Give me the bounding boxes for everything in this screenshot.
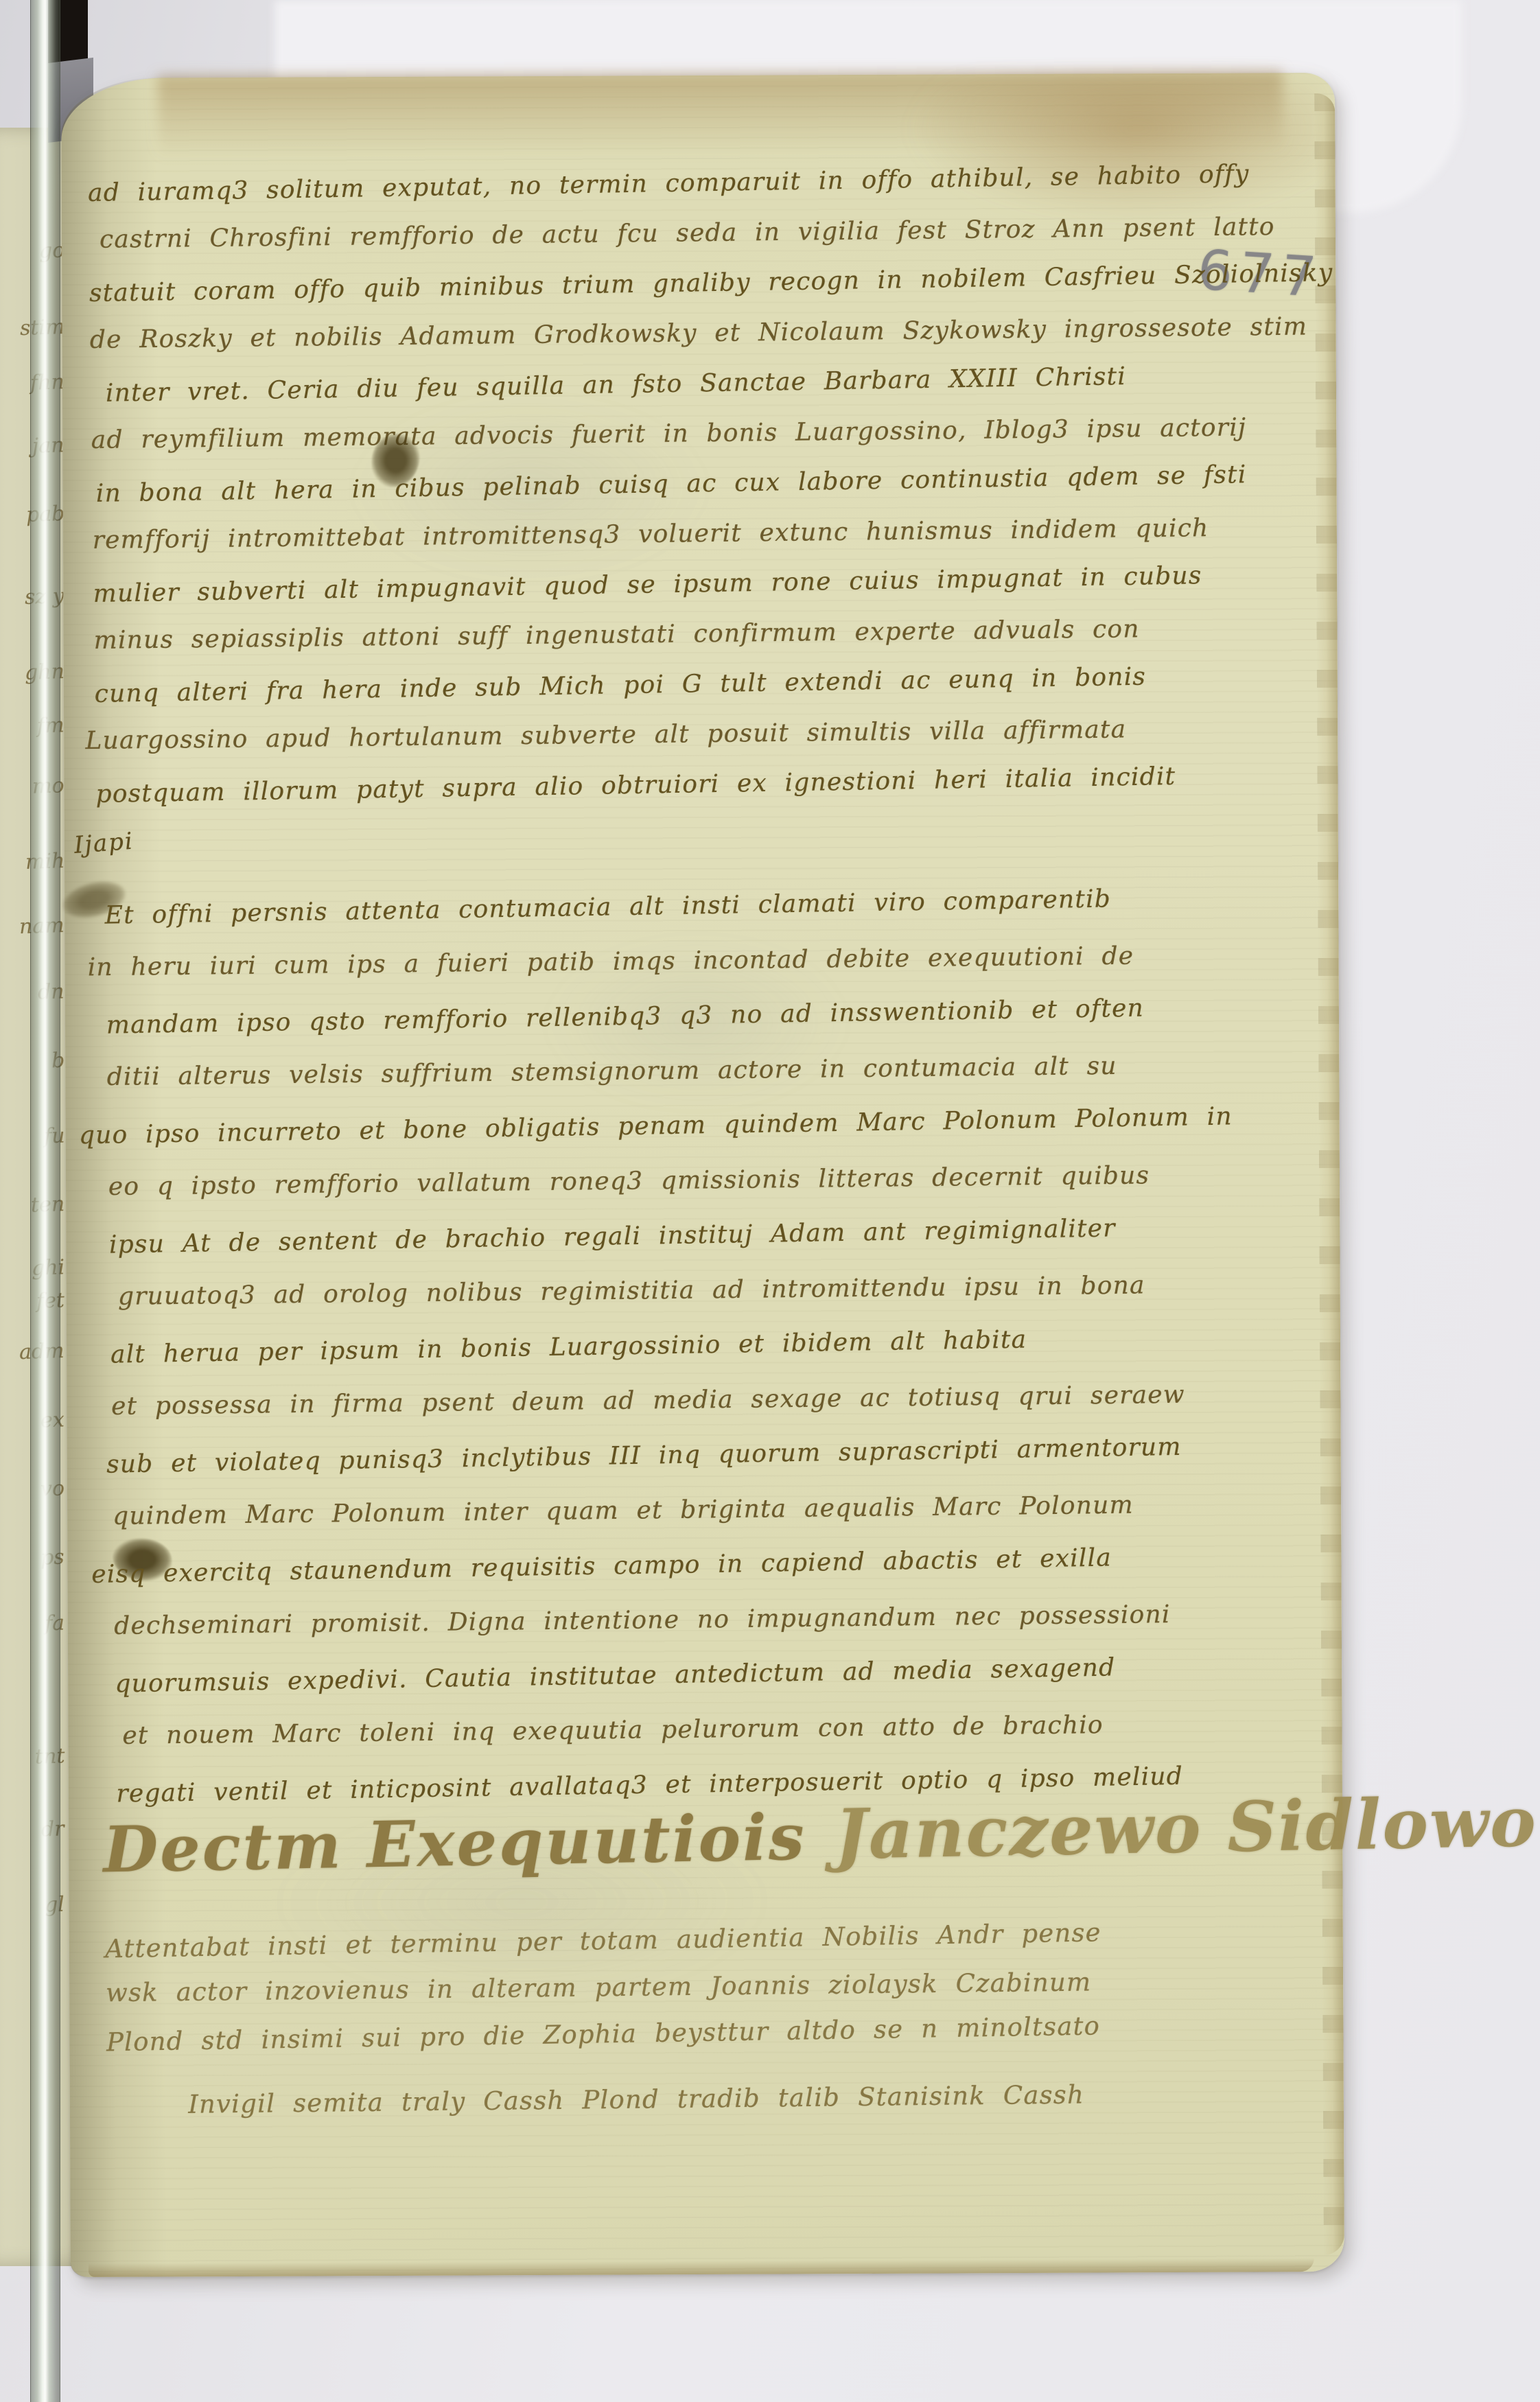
manuscript-page: 677 ad iuramq3 solitum exputat, no termi… xyxy=(61,73,1344,2277)
heading-placenames: Janczewo Sidlowo xyxy=(834,1781,1537,1875)
glass-pressing-bar xyxy=(30,0,60,2402)
heading-decretum: Dectm Exequutiois xyxy=(102,1800,806,1887)
catchword: Ijapi xyxy=(73,828,135,859)
deckle-edge-bottom xyxy=(89,2258,1314,2277)
manuscript-line: Invigil semita traly Cassh Plond tradib … xyxy=(188,2071,1104,2128)
paragraph-3: Attentabat insti et terminu per totam au… xyxy=(105,1911,1104,2130)
paragraph-2: Et offni persnis attenta contumacia alt … xyxy=(104,872,1241,1819)
archival-photograph: gostimfhnjanpabsz yghnfmmomihnamdnbfuten… xyxy=(0,0,1540,2402)
paragraph-1: ad iuramq3 solitum exputat, no termin co… xyxy=(88,150,1340,817)
